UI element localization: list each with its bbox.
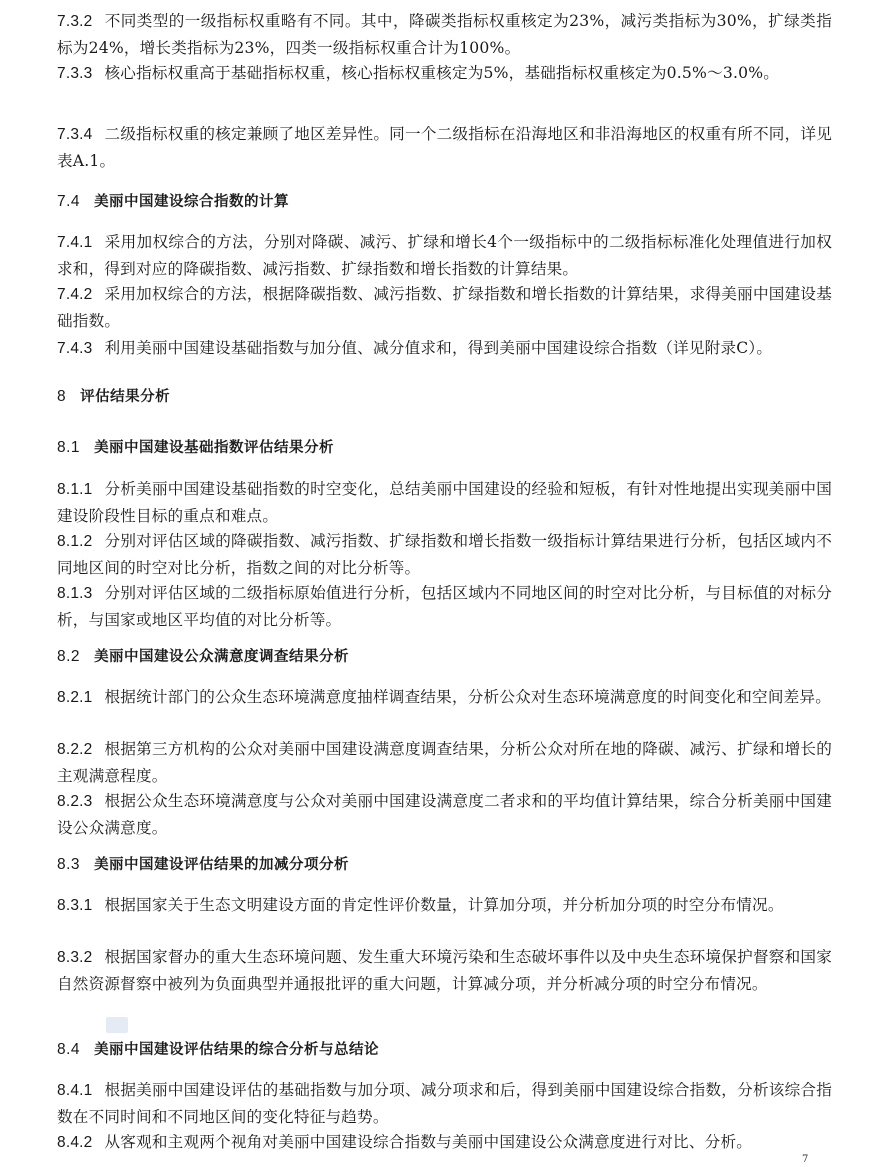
heading-text: 美丽中国建设公众满意度调查结果分析 bbox=[94, 649, 349, 665]
clause-text: 根据公众生态环境满意度与公众对美丽中国建设满意度二者求和的平均值计算结果，综合分… bbox=[57, 792, 832, 837]
clause-number: 8.4.2 bbox=[57, 1134, 92, 1151]
clause-number: 7.4.1 bbox=[57, 234, 92, 251]
section-heading: 8.4美丽中国建设评估结果的综合分析与总结论 bbox=[57, 1037, 832, 1063]
section-heading: 8.1美丽中国建设基础指数评估结果分析 bbox=[57, 435, 832, 461]
clause-number: 8.2 bbox=[57, 648, 80, 665]
clause-number: 8.3 bbox=[57, 856, 80, 873]
clause-number: 8.1.2 bbox=[57, 533, 92, 550]
heading-text: 美丽中国建设基础指数评估结果分析 bbox=[94, 440, 334, 456]
clause-text: 根据统计部门的公众生态环境满意度抽样调查结果，分析公众对生态环境满意度的时间变化… bbox=[104, 688, 831, 706]
clause-text: 分别对评估区域的二级指标原始值进行分析，包括区域内不同地区间的时空对比分析，与目… bbox=[57, 584, 832, 629]
clause-number: 8.3.2 bbox=[57, 949, 92, 966]
clause-text: 二级指标权重的核定兼顾了地区差异性。同一个二级指标在沿海地区和非沿海地区的权重有… bbox=[57, 125, 832, 170]
section-heading: 8.2美丽中国建设公众满意度调查结果分析 bbox=[57, 644, 832, 670]
clause-text: 利用美丽中国建设基础指数与加分值、减分值求和，得到美丽中国建设综合指数（详见附录… bbox=[104, 339, 772, 357]
clause-paragraph: 8.1.2分别对评估区域的降碳指数、减污指数、扩绿指数和增长指数一级指标计算结果… bbox=[57, 528, 832, 581]
clause-number: 8.2.1 bbox=[57, 689, 92, 706]
clause-text: 分析美丽中国建设基础指数的时空变化，总结美丽中国建设的经验和短板，有针对性地提出… bbox=[57, 480, 832, 525]
clause-paragraph: 7.3.2不同类型的一级指标权重略有不同。其中，降碳类指标权重核定为23%，减污… bbox=[57, 8, 832, 61]
clause-paragraph: 8.1.1分析美丽中国建设基础指数的时空变化，总结美丽中国建设的经验和短板，有针… bbox=[57, 476, 832, 529]
clause-text: 根据美丽中国建设评估的基础指数与加分项、减分项求和后，得到美丽中国建设综合指数，… bbox=[57, 1081, 832, 1126]
clause-paragraph: 7.3.4二级指标权重的核定兼顾了地区差异性。同一个二级指标在沿海地区和非沿海地… bbox=[57, 121, 832, 174]
clause-paragraph: 7.4.3利用美丽中国建设基础指数与加分值、减分值求和，得到美丽中国建设综合指数… bbox=[57, 335, 832, 362]
clause-number: 7.3.2 bbox=[57, 13, 92, 30]
clause-number: 8.2.3 bbox=[57, 793, 92, 810]
section-heading: 8评估结果分析 bbox=[57, 384, 832, 410]
clause-number: 8.4.1 bbox=[57, 1082, 92, 1099]
clause-number: 8.1.3 bbox=[57, 585, 92, 602]
clause-paragraph: 8.3.1根据国家关于生态文明建设方面的肯定性评价数量，计算加分项，并分析加分项… bbox=[57, 892, 832, 919]
clause-text: 根据第三方机构的公众对美丽中国建设满意度调查结果，分析公众对所在地的降碳、减污、… bbox=[57, 740, 832, 785]
heading-text: 评估结果分析 bbox=[80, 389, 170, 405]
clause-text: 分别对评估区域的降碳指数、减污指数、扩绿指数和增长指数一级指标计算结果进行分析，… bbox=[57, 532, 832, 577]
clause-paragraph: 8.4.2从客观和主观两个视角对美丽中国建设综合指数与美丽中国建设公众满意度进行… bbox=[57, 1129, 832, 1156]
clause-number: 8.2.2 bbox=[57, 741, 92, 758]
section-heading: 7.4美丽中国建设综合指数的计算 bbox=[57, 189, 832, 215]
clause-number: 7.3.3 bbox=[57, 65, 92, 82]
clause-number: 8.4 bbox=[57, 1041, 80, 1058]
clause-text: 采用加权综合的方法，根据降碳指数、减污指数、扩绿指数和增长指数的计算结果，求得美… bbox=[57, 285, 832, 330]
section-heading: 8.3美丽中国建设评估结果的加减分项分析 bbox=[57, 852, 832, 878]
clause-text: 根据国家督办的重大生态环境问题、发生重大环境污染和生态破坏事件以及中央生态环境保… bbox=[57, 948, 832, 993]
clause-number: 8 bbox=[57, 388, 66, 405]
clause-paragraph: 8.2.2根据第三方机构的公众对美丽中国建设满意度调查结果，分析公众对所在地的降… bbox=[57, 736, 832, 789]
heading-text: 美丽中国建设评估结果的加减分项分析 bbox=[94, 857, 349, 873]
clause-paragraph: 8.2.1根据统计部门的公众生态环境满意度抽样调查结果，分析公众对生态环境满意度… bbox=[57, 684, 832, 711]
clause-text: 采用加权综合的方法，分别对降碳、减污、扩绿和增长4个一级指标中的二级指标标准化处… bbox=[57, 233, 832, 278]
clause-number: 8.1 bbox=[57, 439, 80, 456]
clause-number: 7.3.4 bbox=[57, 126, 92, 143]
clause-number: 7.4.3 bbox=[57, 340, 92, 357]
heading-text: 美丽中国建设综合指数的计算 bbox=[94, 194, 289, 210]
clause-text: 不同类型的一级指标权重略有不同。其中，降碳类指标权重核定为23%，减污类指标为3… bbox=[57, 12, 832, 57]
heading-text: 美丽中国建设评估结果的综合分析与总结论 bbox=[94, 1042, 379, 1058]
clause-text: 从客观和主观两个视角对美丽中国建设综合指数与美丽中国建设公众满意度进行对比、分析… bbox=[104, 1133, 752, 1151]
clause-paragraph: 8.3.2根据国家督办的重大生态环境问题、发生重大环境污染和生态破坏事件以及中央… bbox=[57, 944, 832, 997]
clause-number: 8.1.1 bbox=[57, 481, 92, 498]
clause-paragraph: 8.2.3根据公众生态环境满意度与公众对美丽中国建设满意度二者求和的平均值计算结… bbox=[57, 788, 832, 841]
page-number: 7 bbox=[802, 1154, 808, 1165]
clause-paragraph: 8.4.1根据美丽中国建设评估的基础指数与加分项、减分项求和后，得到美丽中国建设… bbox=[57, 1077, 832, 1130]
clause-paragraph: 8.1.3分别对评估区域的二级指标原始值进行分析，包括区域内不同地区间的时空对比… bbox=[57, 580, 832, 633]
clause-paragraph: 7.4.2采用加权综合的方法，根据降碳指数、减污指数、扩绿指数和增长指数的计算结… bbox=[57, 281, 832, 334]
watermark-logo bbox=[106, 1017, 128, 1033]
clause-text: 核心指标权重高于基础指标权重，核心指标权重核定为5%，基础指标权重核定为0.5%… bbox=[104, 64, 779, 82]
clause-number: 8.3.1 bbox=[57, 897, 92, 914]
clause-paragraph: 7.3.3核心指标权重高于基础指标权重，核心指标权重核定为5%，基础指标权重核定… bbox=[57, 60, 832, 87]
clause-number: 7.4 bbox=[57, 193, 80, 210]
clause-number: 7.4.2 bbox=[57, 286, 92, 303]
clause-paragraph: 7.4.1采用加权综合的方法，分别对降碳、减污、扩绿和增长4个一级指标中的二级指… bbox=[57, 229, 832, 282]
clause-text: 根据国家关于生态文明建设方面的肯定性评价数量，计算加分项，并分析加分项的时空分布… bbox=[104, 896, 783, 914]
